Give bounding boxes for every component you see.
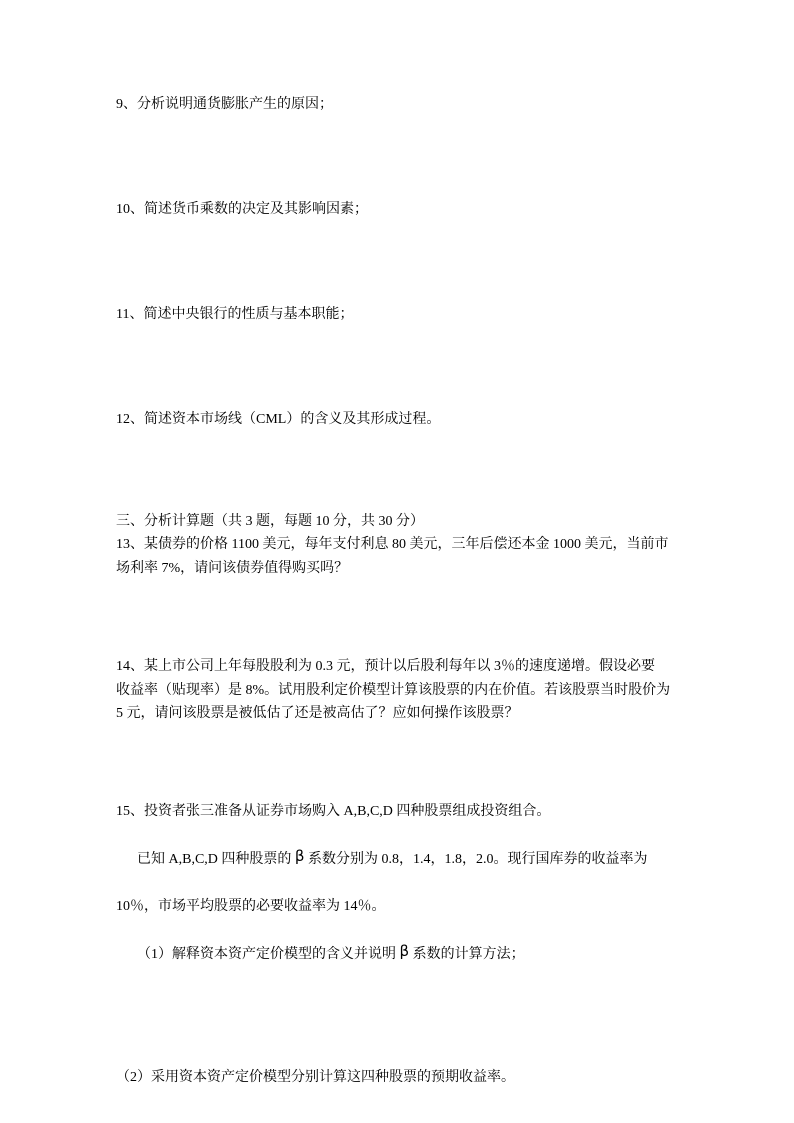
question-13: 13、某债券的价格 1100 美元，每年支付利息 80 美元，三年后偿还本金 1… (116, 533, 678, 580)
question-15-line-4-pre: （1）解释资本资产定价模型的含义并说明 (137, 947, 400, 962)
question-15-part-2-text: （2）采用资本资产定价模型分别计算这四种股票的预期收益率。 (116, 1066, 678, 1090)
question-13-line-2: 场利率 7%，请问该债券值得购买吗？ (116, 557, 678, 581)
question-15-line-2-post: 系数分别为 0.8，1.4，1.8，2.0。现行国库券的收益率为 (304, 852, 647, 867)
beta-symbol: β (295, 847, 305, 865)
question-14-line-3: 5 元，请问该股票是被低估了还是被高估了？应如何操作该股票？ (116, 702, 678, 726)
question-15-line-4-post: 系数的计算方法； (409, 947, 525, 962)
question-15-line-1: 15、投资者张三准备从证券市场购入 A,B,C,D 四种股票组成投资组合。 (116, 800, 678, 824)
section-3-heading: 三、分析计算题（共 3 题，每题 10 分，共 30 分） (116, 510, 678, 534)
question-15-part-2: （2）采用资本资产定价模型分别计算这四种股票的预期收益率。 (116, 1066, 678, 1090)
question-12: 12、简述资本市场线（CML）的含义及其形成过程。 (116, 408, 678, 432)
question-14-line-1: 14、某上市公司上年每股股利为 0.3 元，预计以后股利每年以 3％的速度递增。… (116, 655, 678, 679)
question-13-line-1: 13、某债券的价格 1100 美元，每年支付利息 80 美元，三年后偿还本金 1… (116, 533, 678, 557)
question-15-line-4: （1）解释资本资产定价模型的含义并说明 β 系数的计算方法； (116, 919, 678, 991)
question-15-line-2: 已知 A,B,C,D 四种股票的 β 系数分别为 0.8，1.4，1.8，2.0… (116, 824, 678, 896)
beta-symbol: β (400, 942, 410, 960)
question-12-text: 12、简述资本市场线（CML）的含义及其形成过程。 (116, 408, 678, 432)
question-9: 9、分析说明通货膨胀产生的原因； (116, 93, 678, 117)
question-10-text: 10、简述货币乘数的决定及其影响因素； (116, 198, 678, 222)
question-15: 15、投资者张三准备从证券市场购入 A,B,C,D 四种股票组成投资组合。 已知… (116, 800, 678, 990)
question-15-line-2-pre: 已知 A,B,C,D 四种股票的 (137, 852, 295, 867)
question-15-line-3: 10％，市场平均股票的必要收益率为 14％。 (116, 895, 678, 919)
question-11-text: 11、简述中央银行的性质与基本职能； (116, 303, 678, 327)
document-page: 9、分析说明通货膨胀产生的原因； 10、简述货币乘数的决定及其影响因素； 11、… (0, 0, 794, 1123)
question-14-line-2: 收益率（贴现率）是 8%。试用股利定价模型计算该股票的内在价值。若该股票当时股价… (116, 679, 678, 703)
question-14: 14、某上市公司上年每股股利为 0.3 元，预计以后股利每年以 3％的速度递增。… (116, 655, 678, 726)
question-11: 11、简述中央银行的性质与基本职能； (116, 303, 678, 327)
question-10: 10、简述货币乘数的决定及其影响因素； (116, 198, 678, 222)
section-3-heading-text: 三、分析计算题（共 3 题，每题 10 分，共 30 分） (116, 510, 678, 534)
question-9-text: 9、分析说明通货膨胀产生的原因； (116, 93, 678, 117)
